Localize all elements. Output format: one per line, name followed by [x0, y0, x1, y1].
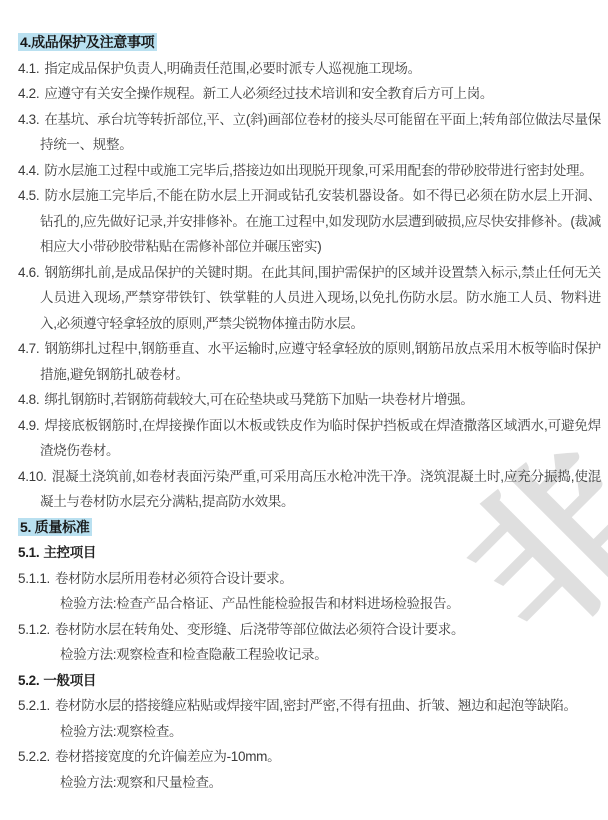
- item-text: 焊接底板钢筋时,在焊接操作面以木板或铁皮作为临时保护挡板或在焊渣撒落区域洒水,可…: [40, 418, 601, 459]
- document-page: 非合 4.成品保护及注意事项 4.1.指定成品保护负责人,明确责任范围,必要时派…: [0, 0, 608, 820]
- item-text: 指定成品保护负责人,明确责任范围,必要时派专人巡视施工现场。: [44, 61, 421, 76]
- subsection-number: 5.2.: [18, 673, 39, 688]
- list-item-4-2: 4.2.应遵守有关安全操作规程。新工人必须经过技术培训和安全教育后方可上岗。: [18, 81, 601, 107]
- item-number: 5.1.2.: [18, 622, 50, 637]
- section-4-heading: 4.成品保护及注意事项: [18, 33, 157, 51]
- item-number: 4.9.: [18, 418, 39, 433]
- item-text: 卷材防水层的搭接缝应粘贴或焊接牢固,密封严密,不得有扭曲、折皱、翘边和起泡等缺陷…: [55, 698, 577, 713]
- item-number: 4.5.: [18, 188, 39, 203]
- document-content: 4.成品保护及注意事项 4.1.指定成品保护负责人,明确责任范围,必要时派专人巡…: [0, 0, 608, 795]
- item-text: 钢筋绑扎前,是成品保护的关键时期。在此其间,围护需保护的区域并设置禁入标示,禁止…: [40, 265, 601, 331]
- subsection-5-2-heading: 5.2.一般项目: [18, 668, 601, 694]
- method-5-2-1: 检验方法:观察检查。: [18, 719, 601, 745]
- item-number: 4.3.: [18, 112, 39, 127]
- item-text: 应遵守有关安全操作规程。新工人必须经过技术培训和安全教育后方可上岗。: [44, 86, 493, 101]
- item-text: 防水层施工完毕后,不能在防水层上开洞或钻孔安装机器设备。如不得已必须在防水层上开…: [40, 188, 601, 254]
- method-5-1-2: 检验方法:观察检查和检查隐蔽工程验收记录。: [18, 642, 601, 668]
- section-5-heading: 5. 质量标准: [18, 518, 92, 536]
- item-number: 5.2.1.: [18, 698, 50, 713]
- list-item-4-3: 4.3.在基坑、承台坑等转折部位,平、立(斜)画部位卷材的接头尽可能留在平面上;…: [18, 107, 601, 158]
- subsection-title: 一般项目: [43, 673, 96, 688]
- item-number: 4.2.: [18, 86, 39, 101]
- section-5-heading-line: 5. 质量标准: [18, 515, 601, 541]
- item-text: 在基坑、承台坑等转折部位,平、立(斜)画部位卷材的接头尽可能留在平面上;转角部位…: [40, 112, 601, 153]
- item-text: 绑扎钢筋时,若钢筋荷载较大,可在砼垫块或马凳筋下加贴一块卷材片增强。: [44, 392, 473, 407]
- list-item-4-5: 4.5.防水层施工完毕后,不能在防水层上开洞或钻孔安装机器设备。如不得已必须在防…: [18, 183, 601, 260]
- item-text: 卷材防水层在转角处、变形缝、后浇带等部位做法必须符合设计要求。: [55, 622, 464, 637]
- item-number: 4.10.: [18, 469, 47, 484]
- list-item-5-2-2: 5.2.2.卷材搭接宽度的允许偏差应为-10mm。: [18, 744, 601, 770]
- subsection-5-1-heading: 5.1.主控项目: [18, 540, 601, 566]
- list-item-5-2-1: 5.2.1.卷材防水层的搭接缝应粘贴或焊接牢固,密封严密,不得有扭曲、折皱、翘边…: [18, 693, 601, 719]
- list-item-4-7: 4.7.钢筋绑扎过程中,钢筋垂直、水平运输时,应遵守轻拿轻放的原则,钢筋吊放点采…: [18, 336, 601, 387]
- list-item-4-9: 4.9.焊接底板钢筋时,在焊接操作面以木板或铁皮作为临时保护挡板或在焊渣撒落区域…: [18, 413, 601, 464]
- list-item-5-1-2: 5.1.2.卷材防水层在转角处、变形缝、后浇带等部位做法必须符合设计要求。: [18, 617, 601, 643]
- method-5-2-2: 检验方法:观察和尺量检查。: [18, 770, 601, 796]
- item-text: 卷材防水层所用卷材必须符合设计要求。: [55, 571, 293, 586]
- subsection-number: 5.1.: [18, 545, 39, 560]
- method-5-1-1: 检验方法:检查产品合格证、产品性能检验报告和材料进场检验报告。: [18, 591, 601, 617]
- item-number: 4.8.: [18, 392, 39, 407]
- item-number: 4.4.: [18, 163, 39, 178]
- list-item-4-8: 4.8.绑扎钢筋时,若钢筋荷载较大,可在砼垫块或马凳筋下加贴一块卷材片增强。: [18, 387, 601, 413]
- item-number: 5.1.1.: [18, 571, 50, 586]
- item-text: 卷材搭接宽度的允许偏差应为-10mm。: [55, 749, 280, 764]
- item-number: 4.1.: [18, 61, 39, 76]
- item-text: 钢筋绑扎过程中,钢筋垂直、水平运输时,应遵守轻拿轻放的原则,钢筋吊放点采用木板等…: [40, 341, 601, 382]
- item-text: 防水层施工过程中或施工完毕后,搭接边如出现脱开现象,可采用配套的带砂胶带进行密封…: [44, 163, 592, 178]
- item-number: 4.6.: [18, 265, 39, 280]
- item-number: 4.7.: [18, 341, 39, 356]
- list-item-4-10: 4.10.混凝土浇筑前,如卷材表面污染严重,可采用高压水枪冲洗干净。浇筑混凝土时…: [18, 464, 601, 515]
- section-4-heading-line: 4.成品保护及注意事项: [18, 30, 601, 56]
- subsection-title: 主控项目: [43, 545, 96, 560]
- list-item-4-6: 4.6.钢筋绑扎前,是成品保护的关键时期。在此其间,围护需保护的区域并设置禁入标…: [18, 260, 601, 337]
- list-item-5-1-1: 5.1.1.卷材防水层所用卷材必须符合设计要求。: [18, 566, 601, 592]
- item-number: 5.2.2.: [18, 749, 50, 764]
- item-text: 混凝土浇筑前,如卷材表面污染严重,可采用高压水枪冲洗干净。浇筑混凝土时,应充分振…: [40, 469, 601, 510]
- list-item-4-4: 4.4.防水层施工过程中或施工完毕后,搭接边如出现脱开现象,可采用配套的带砂胶带…: [18, 158, 601, 184]
- list-item-4-1: 4.1.指定成品保护负责人,明确责任范围,必要时派专人巡视施工现场。: [18, 56, 601, 82]
